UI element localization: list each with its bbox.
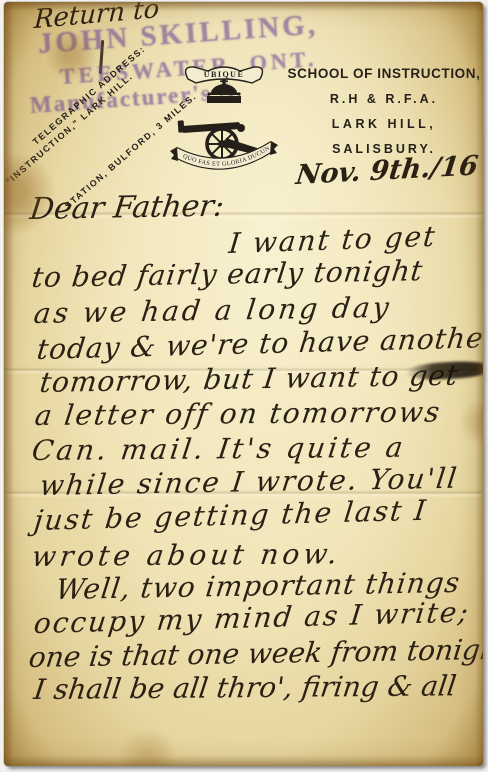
crest-motto-top: UBIQUE xyxy=(204,70,245,79)
cannon-icon xyxy=(178,120,260,155)
letter-date: Nov. 9th./16 xyxy=(294,152,479,189)
handwritten-line: I shall be all thro', firing & all xyxy=(32,672,458,704)
handwritten-line: tomorrow, but I want to get xyxy=(38,362,460,397)
handwritten-line: a letter off on tomorrows xyxy=(33,398,443,430)
handwritten-line: I want to get xyxy=(228,223,438,258)
cannon-wheel-icon xyxy=(207,129,237,159)
handwritten-line: to bed fairly early tonight xyxy=(30,257,424,292)
royal-artillery-crest-icon: UBIQUE xyxy=(162,58,286,174)
letterhead-block: SCHOOL OF INSTRUCTION, R.H & R.F.A. LARK… xyxy=(280,66,483,156)
salutation: Dear Father: xyxy=(28,192,225,225)
handwritten-line: one is that one week from tonight xyxy=(27,636,483,672)
letterhead-unit: R.H & R.F.A. xyxy=(280,92,483,106)
handwritten-line: as we had a long day xyxy=(32,294,393,328)
handwritten-line: occupy my mind as I write; xyxy=(32,599,471,639)
handwritten-line: today & we're to have another xyxy=(35,324,483,364)
handwritten-line: Can. mail. It's quite a xyxy=(30,434,407,465)
handwritten-line: just be getting the last I xyxy=(32,497,429,535)
letterhead-place: LARK HILL, xyxy=(280,117,483,131)
letter-paper: Return to JOHN SKILLING, TEESWATER, ONT.… xyxy=(4,2,483,766)
scanned-letter-photo: Return to JOHN SKILLING, TEESWATER, ONT.… xyxy=(0,0,488,772)
handwritten-line: wrote about now. xyxy=(30,540,343,571)
crown-icon xyxy=(207,79,241,104)
letterhead-school: SCHOOL OF INSTRUCTION, xyxy=(280,66,483,81)
